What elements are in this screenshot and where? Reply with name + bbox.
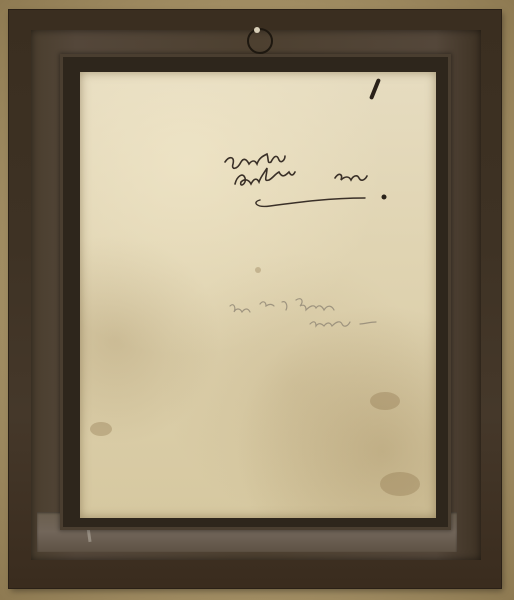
stain — [255, 267, 261, 273]
screw-icon — [254, 27, 260, 33]
stain — [370, 392, 400, 410]
ink-inscription — [215, 148, 415, 208]
hanging-ring-icon — [247, 28, 273, 54]
stain — [90, 422, 112, 436]
stain — [380, 472, 420, 496]
pencil-inscription — [210, 290, 390, 340]
